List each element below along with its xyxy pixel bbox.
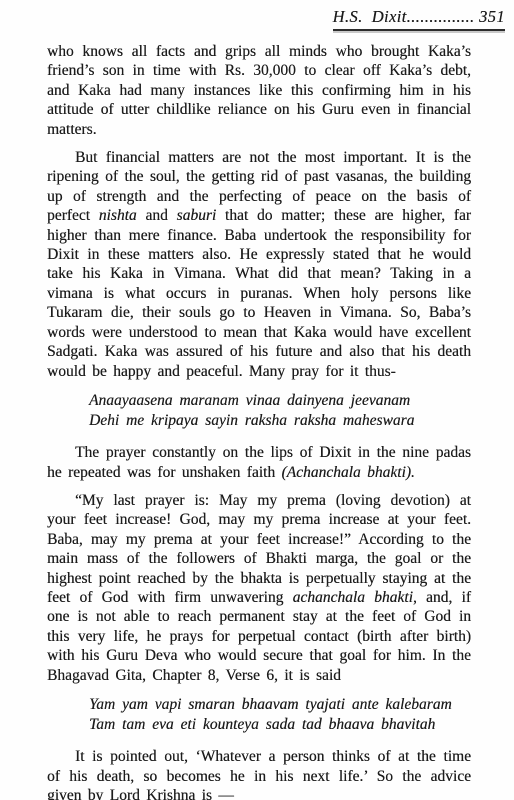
verse-line: Anaayaasena maranam vinaa dainyena jeeva…	[89, 391, 471, 411]
verse-line: Yam yam vapi smaran bhaavam tyajati ante…	[89, 695, 471, 715]
verse-block: Anaayaasena maranam vinaa dainyena jeeva…	[89, 391, 471, 430]
book-page: H.S. Dixit............... 351 who knows …	[0, 0, 514, 800]
text-run: that do matter; these are higher, far hi…	[47, 207, 471, 379]
paragraph: “My last prayer is: May my prema (loving…	[47, 491, 471, 685]
verse-line: Tam tam eva eti kounteya sada tad bhaava…	[89, 715, 471, 735]
page-body: who knows all facts and grips all minds …	[0, 31, 514, 800]
italic-text-run: nishta	[99, 207, 137, 224]
text-run: It is pointed out, ‘Whatever a person th…	[47, 748, 471, 800]
running-head: H.S. Dixit............... 351	[333, 7, 505, 31]
paragraph: who knows all facts and grips all minds …	[47, 42, 471, 139]
paragraph: The prayer constantly on the lips of Dix…	[47, 443, 471, 482]
text-run: and	[137, 207, 177, 224]
verse-block: Yam yam vapi smaran bhaavam tyajati ante…	[89, 695, 471, 734]
italic-text-run: achanchala bhakti	[293, 589, 413, 606]
verse-line: Dehi me kripaya sayin raksha raksha mahe…	[89, 411, 471, 431]
text-run: who knows all facts and grips all minds …	[47, 43, 471, 138]
italic-text-run: (Achanchala bhakti).	[282, 464, 415, 481]
paragraph: But financial matters are not the most i…	[47, 148, 471, 381]
italic-text-run: saburi	[177, 207, 217, 224]
paragraph: It is pointed out, ‘Whatever a person th…	[47, 747, 471, 800]
page-header: H.S. Dixit............... 351	[0, 0, 514, 31]
